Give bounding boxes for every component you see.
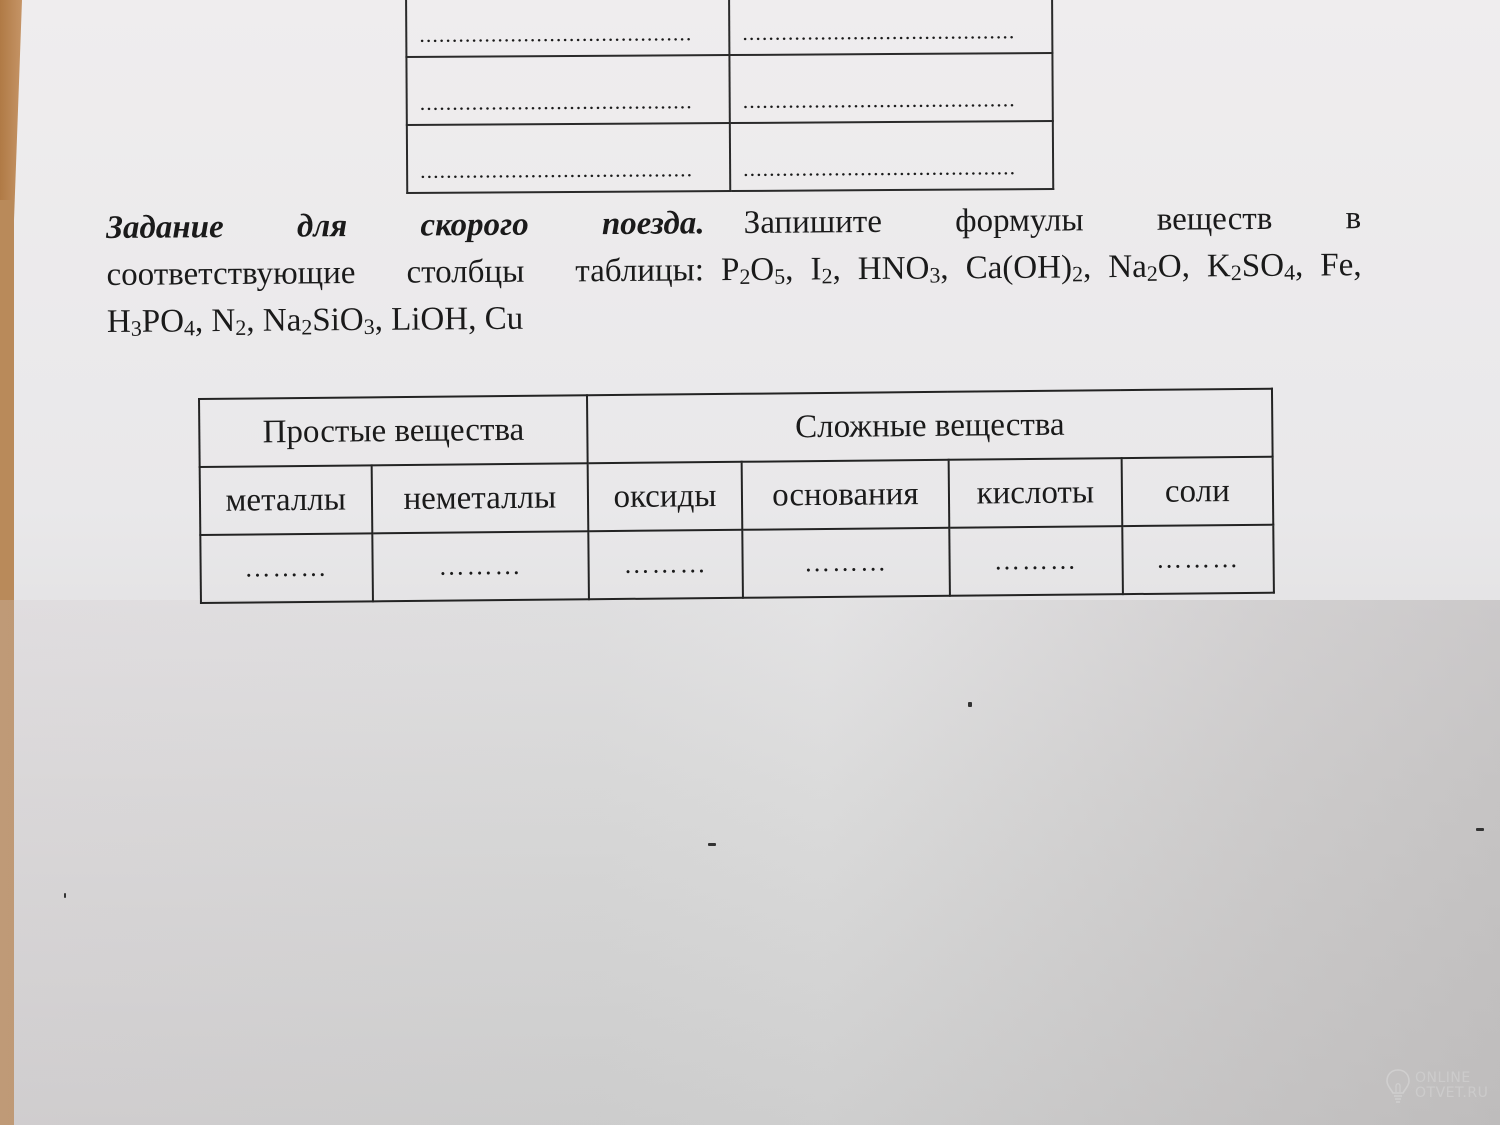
answer-cell-acids[interactable]: ……… <box>949 526 1123 596</box>
blank-answer-cell[interactable]: ........................................… <box>730 121 1053 191</box>
column-header-metals: металлы <box>200 465 372 535</box>
previous-exercise-table: ........................................… <box>405 0 1054 194</box>
table-row: ........................................… <box>407 121 1053 193</box>
table-row: ........................................… <box>406 0 1052 57</box>
column-header-nonmetals: неметаллы <box>371 463 588 533</box>
group-header-complex: Сложные вещества <box>587 389 1272 464</box>
blank-answer-cell[interactable]: ........................................… <box>407 123 730 193</box>
blank-answer-cell[interactable]: ........................................… <box>729 0 1052 55</box>
column-header-bases: основания <box>741 460 949 530</box>
printer-speck <box>708 843 716 846</box>
group-header-row: Простые вещества Сложные вещества <box>199 389 1273 467</box>
printer-speck <box>968 702 972 707</box>
formula: Na2SiO3 <box>263 302 375 339</box>
formula: LiOH <box>391 301 468 338</box>
formula: K2SO4 <box>1207 248 1295 285</box>
formula: Cu <box>484 301 523 337</box>
answer-cell-metals[interactable]: ……… <box>200 533 372 603</box>
column-header-oxides: оксиды <box>588 462 742 531</box>
task-paragraph: Задание для скорого поезда. Запишите фор… <box>106 195 1362 346</box>
answer-cell-salts[interactable]: ……… <box>1122 525 1274 594</box>
task-title: Задание для скорого поезда. <box>106 205 705 246</box>
substance-classification-table: Простые вещества Сложные вещества металл… <box>198 388 1275 604</box>
answer-row: ……… ……… ……… ……… ……… ……… <box>200 525 1274 603</box>
watermark-line-2: OTVET.RU <box>1415 1086 1488 1101</box>
printer-speck <box>64 893 66 898</box>
blank-answer-cell[interactable]: ........................................… <box>406 55 729 125</box>
printer-speck <box>1476 828 1484 831</box>
watermark-text: ONLINE OTVET.RU <box>1415 1071 1488 1101</box>
formula: Na2O <box>1108 249 1182 286</box>
lightbulb-icon <box>1385 1068 1411 1104</box>
group-header-simple: Простые вещества <box>199 395 588 467</box>
blank-answer-cell[interactable]: ........................................… <box>729 53 1052 123</box>
blank-answer-cell[interactable]: ........................................… <box>406 0 729 57</box>
answer-cell-bases[interactable]: ……… <box>742 528 950 598</box>
watermark: ONLINE OTVET.RU <box>1385 1068 1488 1104</box>
formula: P2O5 <box>721 252 785 289</box>
formula: I2 <box>810 251 832 287</box>
formula: Ca(OH)2 <box>966 249 1084 286</box>
column-header-salts: соли <box>1121 457 1273 526</box>
answer-cell-oxides[interactable]: ……… <box>588 530 742 599</box>
column-header-acids: кислоты <box>949 458 1123 528</box>
answer-cell-nonmetals[interactable]: ……… <box>372 531 589 601</box>
watermark-line-1: ONLINE <box>1415 1071 1488 1086</box>
table-row: ........................................… <box>406 53 1052 125</box>
formula: HNO3 <box>858 250 941 287</box>
formula: N2 <box>211 303 246 339</box>
column-header-row: металлы неметаллы оксиды основания кисло… <box>200 457 1274 535</box>
formula: Fe <box>1320 247 1353 283</box>
formula: H3PO4 <box>107 303 195 340</box>
